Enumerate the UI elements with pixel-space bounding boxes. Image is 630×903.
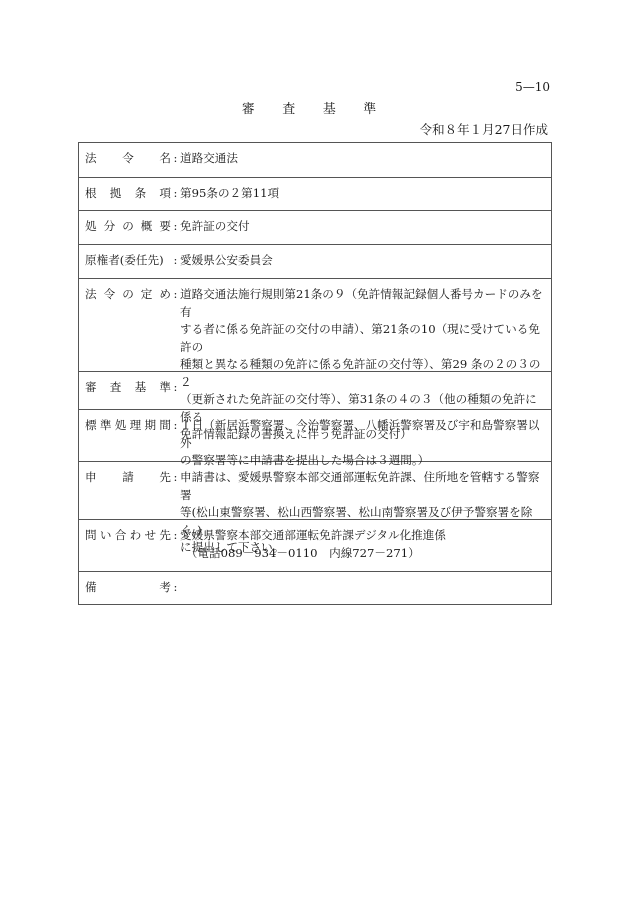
row-value: [180, 579, 545, 604]
row-label-char: 分: [104, 218, 116, 244]
table-row: 標準処理期間:１日（新居浜警察署、今治警察署、八幡浜警察署及び宇和島警察署以外 …: [79, 409, 551, 461]
row-label-char: 準: [100, 417, 112, 461]
row-value: 第95条の２第11項: [180, 185, 545, 210]
row-label-char: わ: [130, 527, 142, 571]
row-label-char: 理: [130, 417, 142, 461]
review-standards-table: 法令名:道路交通法根拠条項:第95条の２第11項処分の概要:免許証の交付原権者(…: [78, 142, 552, 605]
label-colon: :: [171, 286, 180, 371]
row-label-char: め: [159, 286, 171, 371]
row-label-char: 拠: [110, 185, 122, 210]
row-label-char: 要: [159, 218, 171, 244]
row-label-char: 期: [145, 417, 157, 461]
row-label-char: い: [100, 527, 112, 571]
table-row: 法令の定め:道路交通法施行規則第21条の９（免許情報記録個人番号カードのみを有 …: [79, 278, 551, 371]
row-label: 申請先: [85, 469, 171, 519]
row-value: 愛媛県公安委員会: [180, 252, 545, 278]
row-label: 法令の定め: [85, 286, 171, 371]
row-value: 免許証の交付: [180, 218, 545, 244]
row-value: [180, 379, 545, 409]
label-colon: :: [171, 579, 180, 604]
row-label-char: 請: [122, 469, 134, 519]
label-colon: :: [171, 469, 180, 519]
label-colon: :: [171, 218, 180, 244]
table-row: 処分の概要:免許証の交付: [79, 210, 551, 244]
row-label-char: 備: [85, 579, 97, 604]
table-row: 法令名:道路交通法: [79, 143, 551, 177]
row-label-char: 令: [104, 286, 116, 371]
row-label-char: 原権者(委任先): [85, 252, 164, 278]
row-value: 愛媛県警察本部交通部運転免許課デジタル化推進係 （電話089－934－0110 …: [180, 527, 545, 571]
document-title: 審 査 基 準: [0, 98, 624, 117]
table-row: 原権者(委任先):愛媛県公安委員会: [79, 244, 551, 278]
row-value: 道路交通法施行規則第21条の９（免許情報記録個人番号カードのみを有 する者に係る…: [180, 286, 545, 371]
table-row: 問い合わせ先:愛媛県警察本部交通部運転免許課デジタル化推進係 （電話089－93…: [79, 519, 551, 571]
page-number: 5—10: [515, 80, 550, 94]
row-label-char: 根: [85, 185, 97, 210]
row-label-char: 申: [85, 469, 97, 519]
row-label-char: 法: [85, 150, 97, 177]
row-label-char: 処: [115, 417, 127, 461]
label-colon: :: [171, 379, 180, 409]
row-label-char: 基: [135, 379, 147, 409]
row-label-char: 準: [159, 379, 171, 409]
row-label-char: 合: [115, 527, 127, 571]
table-row: 根拠条項:第95条の２第11項: [79, 177, 551, 210]
row-label-char: 考: [159, 579, 171, 604]
row-label: 標準処理期間: [85, 417, 171, 461]
row-label-char: 概: [141, 218, 153, 244]
table-row: 備考:: [79, 571, 551, 604]
table-row: 申請先:申請書は、愛媛県警察本部交通部運転免許課、住所地を管轄する警察署 等(松…: [79, 461, 551, 519]
row-label-char: 問: [85, 527, 97, 571]
row-label-char: 先: [159, 469, 171, 519]
row-label: 処分の概要: [85, 218, 171, 244]
row-label-char: 定: [141, 286, 153, 371]
label-colon: :: [171, 150, 180, 177]
created-date: 令和８年１月27日作成: [420, 120, 548, 138]
label-colon: :: [171, 417, 180, 461]
row-label: 根拠条項: [85, 185, 171, 210]
row-label-char: 処: [85, 218, 97, 244]
row-label-char: 項: [159, 185, 171, 210]
label-colon: :: [171, 185, 180, 210]
row-label-char: 間: [159, 417, 171, 461]
row-value: 申請書は、愛媛県警察本部交通部運転免許課、住所地を管轄する警察署 等(松山東警察…: [180, 469, 545, 519]
row-label: 原権者(委任先): [85, 252, 171, 278]
row-label-char: せ: [145, 527, 157, 571]
row-label-char: の: [122, 286, 134, 371]
row-label-char: 名: [159, 150, 171, 177]
row-label-char: 審: [85, 379, 97, 409]
row-label: 法令名: [85, 150, 171, 177]
row-value: 道路交通法: [180, 150, 545, 177]
row-label-char: 査: [110, 379, 122, 409]
row-label: 審査基準: [85, 379, 171, 409]
row-label: 備考: [85, 579, 171, 604]
row-label-char: 先: [159, 527, 171, 571]
row-value: １日（新居浜警察署、今治警察署、八幡浜警察署及び宇和島警察署以外 の警察署等に申…: [180, 417, 545, 461]
row-label-char: 法: [85, 286, 97, 371]
label-colon: :: [171, 252, 180, 278]
row-label-char: 令: [122, 150, 134, 177]
table-row: 審査基準:: [79, 371, 551, 409]
row-label-char: 条: [135, 185, 147, 210]
row-label-char: 標: [85, 417, 97, 461]
label-colon: :: [171, 527, 180, 571]
row-label: 問い合わせ先: [85, 527, 171, 571]
row-label-char: の: [122, 218, 134, 244]
